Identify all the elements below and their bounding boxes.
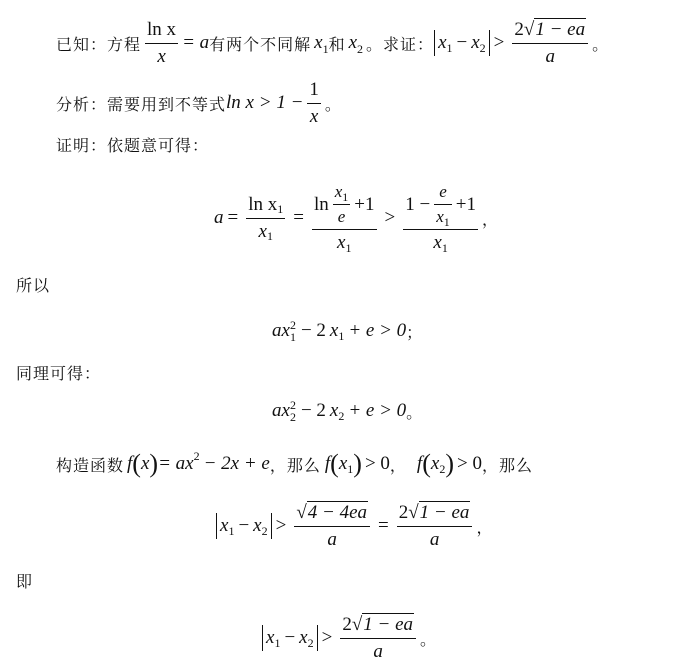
fraction-1-minus-e-over-x1-plus-1: 1 − e x1 +1 x1	[403, 182, 478, 254]
sqrt-icon: √1 − ea	[408, 501, 470, 524]
greater-than: >	[494, 32, 505, 54]
given-text: 方程	[107, 32, 141, 55]
period: 。	[325, 92, 342, 115]
given-text-3: 和	[329, 32, 346, 55]
var-x1: x1	[314, 32, 328, 54]
equals-a: = a	[182, 32, 209, 54]
proof-text: 依题意可得：	[107, 133, 209, 156]
sqrt-icon: √4 − 4ea	[296, 501, 368, 524]
thus-text: 即	[16, 569, 33, 592]
construct-line: 构造函数 f(x) = ax2 − 2x + e ，那么 f(x1) > 0 ，…	[56, 448, 533, 480]
given-text-4: 。求证：	[366, 32, 434, 55]
given-label: 已知：	[56, 32, 107, 55]
abs-x1-minus-x2: x1 − x2	[434, 30, 490, 56]
fraction-rhs: 2√1 − ea a	[512, 18, 588, 68]
abs-x1-minus-x2: x1 − x2	[216, 513, 272, 539]
given-line: 已知： 方程 ln x x = a 有两个不同解 x1 和 x2 。求证： x1…	[56, 20, 609, 66]
var-x2: x2	[349, 32, 363, 54]
fraction-sqrt-4-4ea-over-a: √4 − 4ea a	[294, 501, 370, 551]
similarly-text: 同理可得：	[16, 361, 101, 384]
equation-3: ax 22 − 2 x2 + e > 0 。	[272, 396, 423, 426]
so-text: 所以	[16, 273, 50, 296]
period: 。	[592, 32, 609, 55]
similarly-line: 同理可得：	[16, 360, 101, 384]
fraction-lnx-over-x: ln x x	[145, 19, 178, 68]
proof-label: 证明：	[56, 133, 107, 156]
fraction-lnx1-over-x1: ln x1 x1	[246, 194, 285, 243]
equation-5: x1 − x2 > 2√1 − ea a 。	[262, 610, 437, 666]
fraction-1-over-x: 1 x	[307, 79, 321, 128]
ineq-left: ln x > 1 −	[226, 92, 303, 114]
sqrt-icon: √1 − ea	[352, 613, 414, 636]
fraction-2sqrt-1-ea-over-a: 2√1 − ea a	[340, 613, 416, 663]
equation-4: x1 − x2 > √4 − 4ea a = 2√1 − ea a ，	[216, 498, 493, 554]
fraction-ln-x1-over-e-plus-1: ln x1 e +1 x1	[312, 182, 377, 254]
so-line: 所以	[16, 272, 50, 296]
analysis-line: 分析： 需要用到不等式 ln x > 1 − 1 x 。	[56, 80, 342, 126]
analysis-label: 分析：	[56, 92, 107, 115]
given-text-2: 有两个不同解	[209, 32, 311, 55]
sqrt-icon: √1 − ea	[524, 18, 586, 41]
analysis-text: 需要用到不等式	[107, 92, 226, 115]
equation-1: a = ln x1 x1 = ln x1 e +1 x1 > 1 − e x1 …	[214, 178, 499, 258]
thus-line: 即	[16, 568, 33, 592]
abs-x1-minus-x2: x1 − x2	[262, 625, 318, 651]
proof-line: 证明： 依题意可得：	[56, 132, 209, 156]
equation-2: ax 21 − 2 x1 + e > 0 ；	[272, 316, 423, 346]
fraction-2sqrt-1-ea-over-a: 2√1 − ea a	[397, 501, 473, 551]
